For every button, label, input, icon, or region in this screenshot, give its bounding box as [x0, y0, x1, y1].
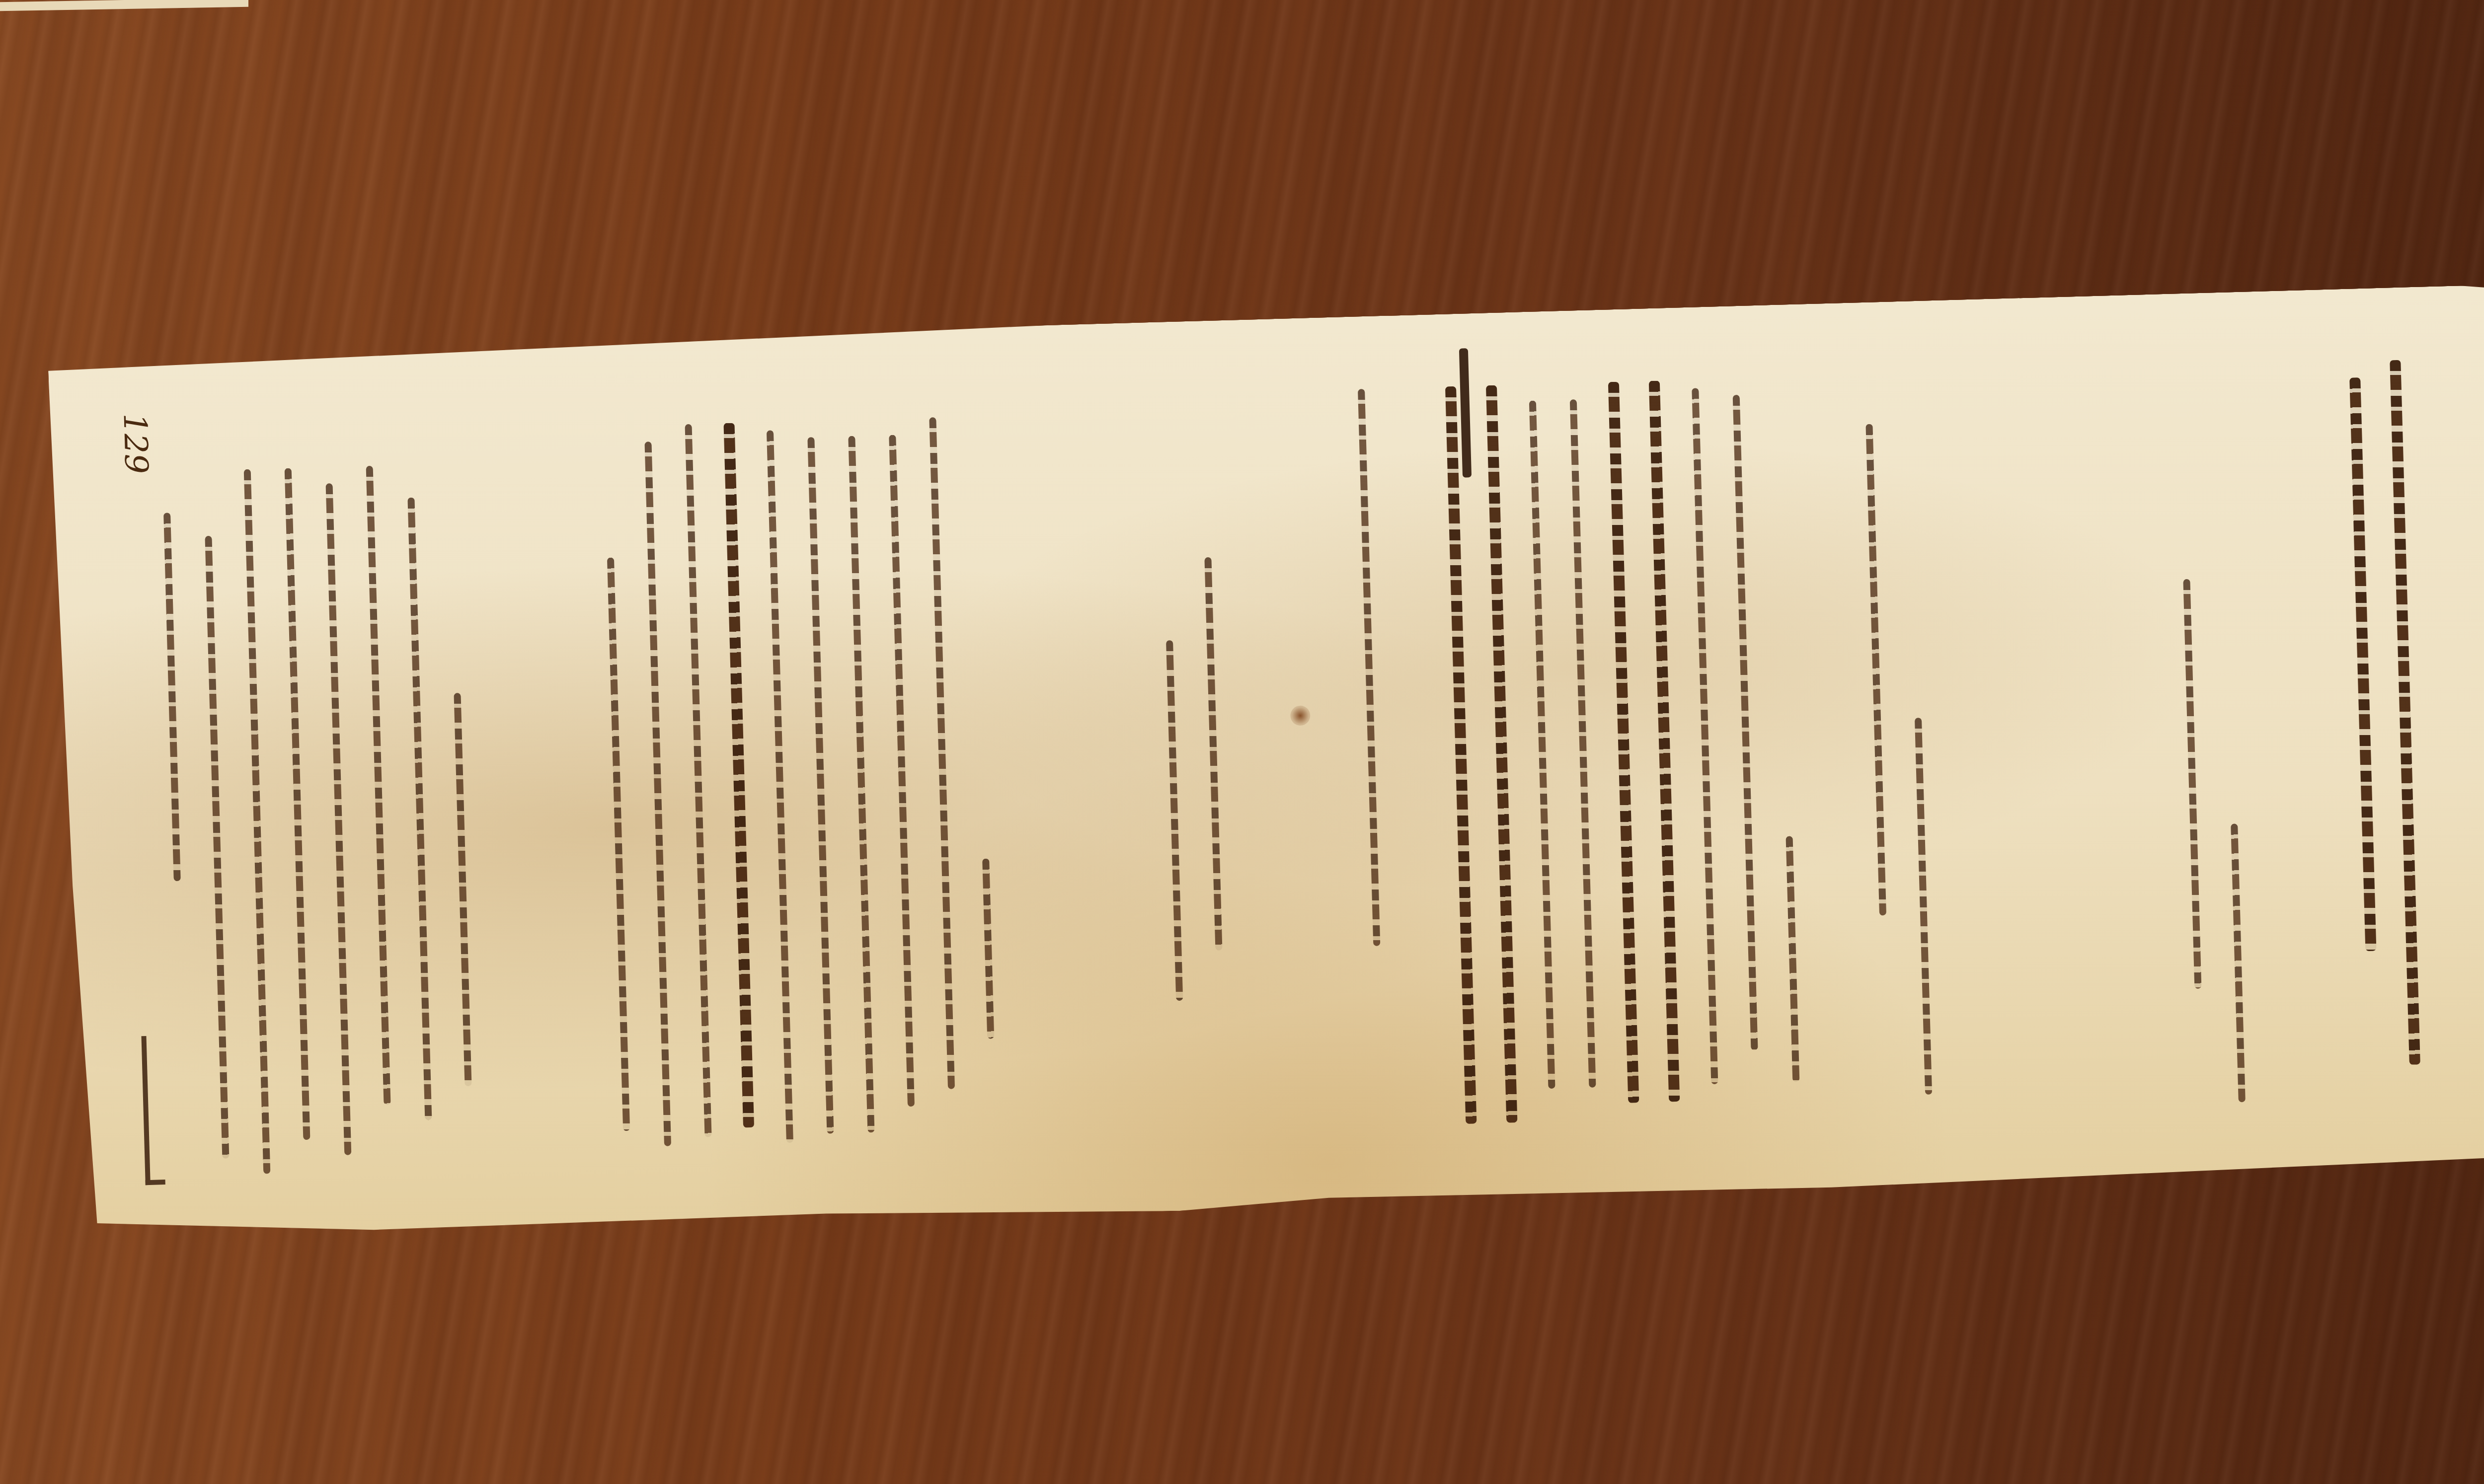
ink-stain	[1290, 705, 1311, 726]
text-block-right-dense	[1429, 344, 1819, 1174]
margin-notes	[1847, 340, 1951, 1162]
text-block-far-right	[2160, 332, 2264, 1153]
text-block-short	[1141, 360, 1245, 1182]
text-block-left	[143, 381, 492, 1209]
text-block-edge	[2333, 327, 2437, 1148]
manuscript-leaf: 129	[48, 283, 2484, 1242]
text-block-middle	[585, 367, 1015, 1197]
handwritten-line	[1340, 356, 1403, 1176]
text-block-right-upper	[1340, 356, 1403, 1176]
